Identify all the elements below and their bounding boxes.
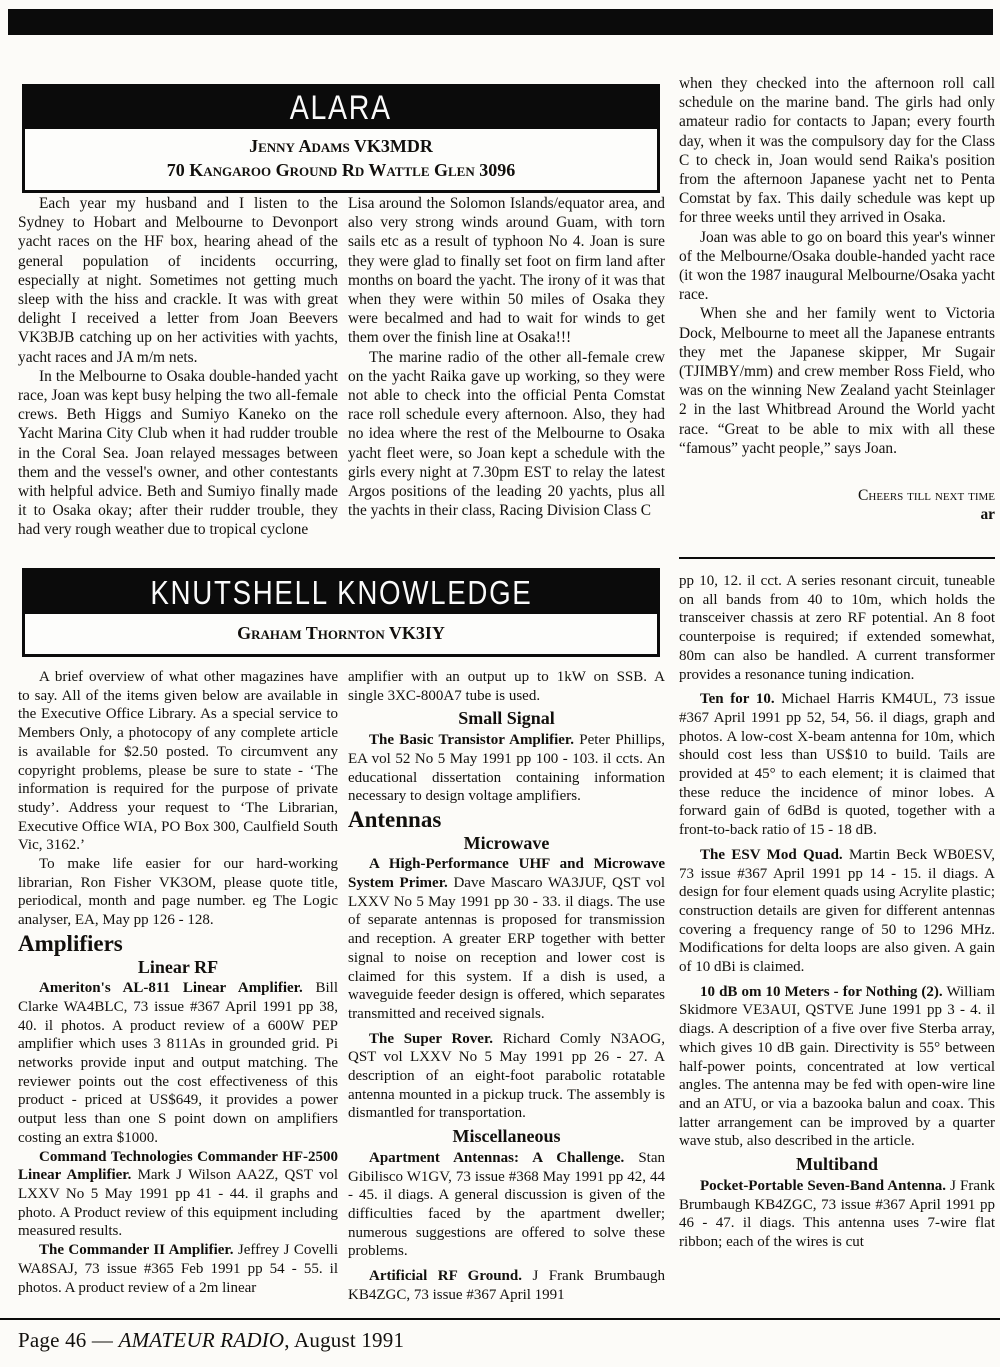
review-item-text: William Skidmore VE3AUI, QSTVE June 1991…	[679, 984, 995, 1150]
alara-signature: ar	[679, 505, 995, 524]
review-item: The Super Rover. Richard Comly N3AOG, QS…	[348, 1030, 665, 1124]
review-item: Ten for 10. Michael Harris KM4UL, 73 iss…	[679, 690, 995, 840]
review-item: 10 dB om 10 Meters - for Nothing (2). Wi…	[679, 983, 995, 1151]
subheading-miscellaneous: Miscellaneous	[348, 1127, 665, 1146]
knutshell-section-title: KNUTSHELL KNOWLEDGE	[150, 571, 532, 614]
right-column-divider-rule	[679, 557, 995, 559]
article-paragraph: Each year my husband and I listen to the…	[18, 194, 338, 367]
review-item-title: Pocket-Portable Seven-Band Antenna.	[700, 1178, 946, 1194]
article-paragraph: pp 10, 12. il cct. A series resonant cir…	[679, 572, 995, 684]
knutshell-header-box: KNUTSHELL KNOWLEDGE Graham Thornton VK3I…	[22, 568, 660, 657]
heading-amplifiers: Amplifiers	[18, 935, 338, 954]
article-paragraph: amplifier with an output up to 1kW on SS…	[348, 668, 665, 705]
alara-byline-address: 70 Kangaroo Ground Rd Wattle Glen 3096	[29, 158, 653, 182]
footer-issue-date: , August 1991	[284, 1328, 404, 1352]
review-item-title: The Basic Transistor Amplifier.	[369, 732, 574, 748]
review-item-title: Ten for 10.	[700, 691, 775, 707]
subheading-multiband: Multiband	[679, 1155, 995, 1174]
heading-antennas: Antennas	[348, 811, 665, 830]
knutshell-byline: Graham Thornton VK3IY	[25, 614, 657, 654]
knutshell-column-2: amplifier with an output up to 1kW on SS…	[348, 668, 665, 1318]
article-paragraph: When she and her family went to Victoria…	[679, 304, 995, 458]
footer-magazine-title: AMATEUR RADIO	[119, 1328, 285, 1352]
magazine-page: ALARA Jenny Adams VK3MDR 70 Kangaroo Gro…	[0, 0, 1000, 1367]
review-item-title: The Super Rover.	[369, 1031, 493, 1047]
alara-column-3: when they checked into the afternoon rol…	[679, 74, 995, 556]
review-item: Command Technologies Commander HF-2500 L…	[18, 1148, 338, 1242]
alara-column-1: Each year my husband and I listen to the…	[18, 194, 338, 554]
footer-rule-bar	[0, 1318, 1000, 1320]
knutshell-byline-name: Graham Thornton VK3IY	[29, 622, 653, 644]
subheading-small-signal: Small Signal	[348, 709, 665, 728]
alara-byline: Jenny Adams VK3MDR 70 Kangaroo Ground Rd…	[25, 129, 657, 190]
review-item-text: Bill Clarke WA4BLC, 73 issue #367 April …	[18, 980, 338, 1146]
review-item: A High-Performance UHF and Microwave Sys…	[348, 855, 665, 1023]
review-item-title: The ESV Mod Quad.	[700, 847, 843, 863]
review-item-text: Dave Mascaro WA3JUF, QST vol LXXV No 5 M…	[348, 875, 665, 1022]
article-paragraph: To make life easier for our hard-working…	[18, 855, 338, 930]
article-paragraph: In the Melbourne to Osaka double-handed …	[18, 367, 338, 540]
alara-section-title: ALARA	[290, 87, 392, 129]
article-paragraph: Joan was able to go on board this year's…	[679, 228, 995, 305]
review-item-title: The Commander II Amplifier.	[39, 1242, 233, 1258]
footer-page-number: Page 46 —	[18, 1328, 119, 1352]
review-item: Apartment Antennas: A Challenge. Stan Gi…	[348, 1149, 665, 1261]
review-item: Ameriton's AL-811 Linear Amplifier. Bill…	[18, 979, 338, 1147]
subheading-linear-rf: Linear RF	[18, 958, 338, 977]
article-paragraph: when they checked into the afternoon rol…	[679, 74, 995, 228]
review-item: Artificial RF Ground. J Frank Brumbaugh …	[348, 1267, 665, 1304]
alara-title-bar: ALARA	[25, 87, 657, 129]
review-item: The Commander II Amplifier. Jeffrey J Co…	[18, 1241, 338, 1297]
review-item-text: Martin Beck WB0ESV, 73 issue #367 April …	[679, 847, 995, 975]
knutshell-title-bar: KNUTSHELL KNOWLEDGE	[25, 571, 657, 614]
review-item-title: Artificial RF Ground.	[369, 1268, 522, 1284]
top-rule-bar	[8, 9, 993, 35]
alara-signoff: Cheers till next time	[679, 486, 995, 505]
article-paragraph: A brief overview of what other magazines…	[18, 668, 338, 855]
review-item-title: Apartment Antennas: A Challenge.	[369, 1150, 624, 1166]
review-item: The ESV Mod Quad. Martin Beck WB0ESV, 73…	[679, 846, 995, 977]
review-item: Pocket-Portable Seven-Band Antenna. J Fr…	[679, 1177, 995, 1252]
review-item-text: Stan Gibilisco W1GV, 73 issue #368 May 1…	[348, 1150, 665, 1260]
page-footer: Page 46 — AMATEUR RADIO, August 1991	[18, 1328, 404, 1353]
alara-header-box: ALARA Jenny Adams VK3MDR 70 Kangaroo Gro…	[22, 84, 660, 193]
review-item-title: Ameriton's AL-811 Linear Amplifier.	[39, 980, 303, 996]
article-paragraph: The marine radio of the other all-female…	[348, 348, 665, 521]
review-item: The Basic Transistor Amplifier. Peter Ph…	[348, 731, 665, 806]
alara-column-2: Lisa around the Solomon Islands/equator …	[348, 194, 665, 554]
knutshell-column-1: A brief overview of what other magazines…	[18, 668, 338, 1318]
article-paragraph: Lisa around the Solomon Islands/equator …	[348, 194, 665, 348]
review-item-title: 10 dB om 10 Meters - for Nothing (2).	[700, 984, 943, 1000]
alara-byline-name: Jenny Adams VK3MDR	[29, 134, 653, 158]
knutshell-column-3: pp 10, 12. il cct. A series resonant cir…	[679, 572, 995, 1318]
subheading-microwave: Microwave	[348, 834, 665, 853]
review-item-text: Michael Harris KM4UL, 73 issue #367 Apri…	[679, 691, 995, 838]
